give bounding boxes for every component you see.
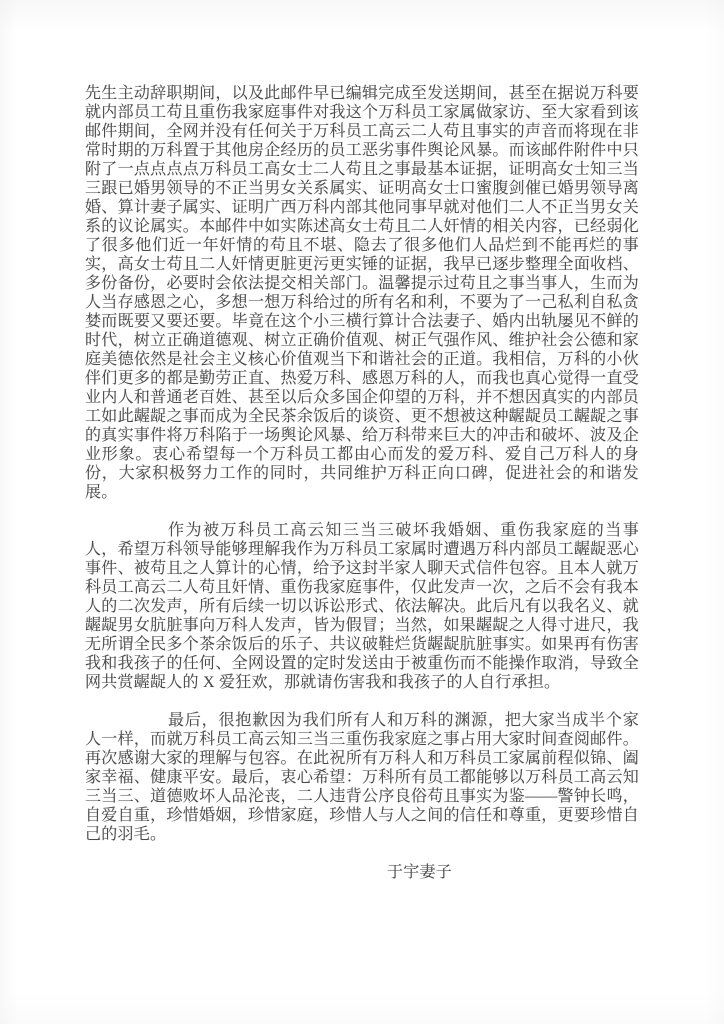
document-page: 先生主动辞职期间，以及此邮件早已编辑完成至发送期间，甚至在据说万科要就内部员工苟…: [0, 0, 724, 1024]
letter-body: 先生主动辞职期间，以及此邮件早已编辑完成至发送期间，甚至在据说万科要就内部员工苟…: [85, 84, 639, 882]
letter-paragraph-1: 先生主动辞职期间，以及此邮件早已编辑完成至发送期间，甚至在据说万科要就内部员工苟…: [85, 84, 639, 502]
letter-paragraph-2: 作为被万科员工高云知三当三破坏我婚姻、重伤我家庭的当事人，希望万科领导能够理解我…: [85, 521, 639, 692]
letter-paragraph-3: 最后，很抱歉因为我们所有人和万科的渊源，把大家当成半个家人一样，而就万科员工高云…: [85, 711, 639, 844]
signature: 于宇妻子: [85, 863, 639, 882]
